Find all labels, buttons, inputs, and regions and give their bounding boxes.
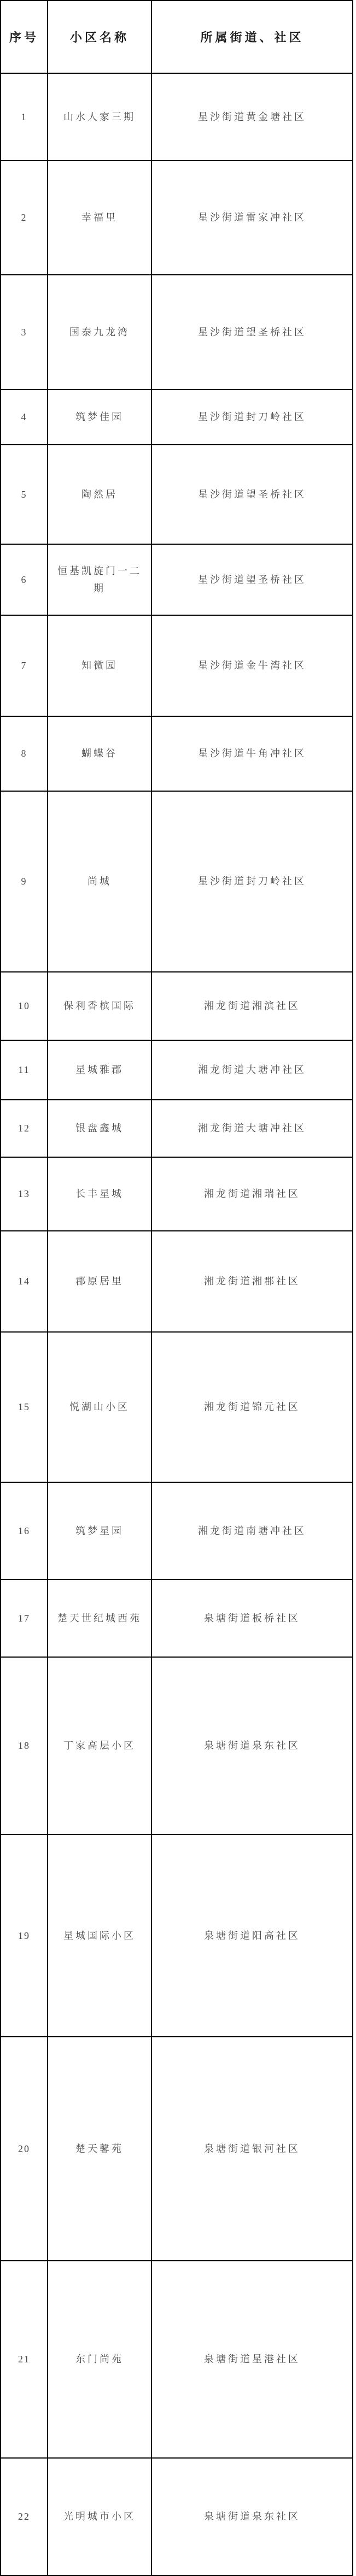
street-community-cell: 泉塘街道泉东社区 xyxy=(151,1657,353,1835)
row-number-cell: 21 xyxy=(1,2261,48,2458)
street-community-cell: 湘龙街道湘瑞社区 xyxy=(151,1157,353,1231)
table-row: 11星城雅郡湘龙街道大塘冲社区 xyxy=(1,1040,353,1100)
street-community-cell: 湘龙街道大塘冲社区 xyxy=(151,1100,353,1157)
header-col-street-community: 所属街道、社区 xyxy=(151,1,353,73)
community-name-cell: 幸福里 xyxy=(48,161,151,275)
header-row: 序号 小区名称 所属街道、社区 xyxy=(1,1,353,73)
row-number-cell: 6 xyxy=(1,544,48,615)
street-community-cell: 星沙街道封刀岭社区 xyxy=(151,791,353,972)
street-community-cell: 星沙街道望圣桥社区 xyxy=(151,544,353,615)
table-row: 14郡原居里湘龙街道湘郡社区 xyxy=(1,1231,353,1332)
row-number-cell: 15 xyxy=(1,1332,48,1482)
street-community-cell: 湘龙街道锦元社区 xyxy=(151,1332,353,1482)
street-community-cell: 湘龙街道湘郡社区 xyxy=(151,1231,353,1332)
table-row: 20楚天馨苑泉塘街道银河社区 xyxy=(1,2037,353,2261)
table-row: 22光明城市小区泉塘街道泉东社区 xyxy=(1,2458,353,2575)
row-number-cell: 9 xyxy=(1,791,48,972)
street-community-cell: 泉塘街道阳高社区 xyxy=(151,1835,353,2037)
row-number-cell: 19 xyxy=(1,1835,48,2037)
row-number-cell: 22 xyxy=(1,2458,48,2575)
street-community-cell: 星沙街道雷家冲社区 xyxy=(151,161,353,275)
table-row: 9尚城星沙街道封刀岭社区 xyxy=(1,791,353,972)
street-community-cell: 湘龙街道大塘冲社区 xyxy=(151,1040,353,1100)
row-number-cell: 17 xyxy=(1,1579,48,1657)
community-name-cell: 长丰星城 xyxy=(48,1157,151,1231)
row-number-cell: 2 xyxy=(1,161,48,275)
community-name-cell: 筑梦佳园 xyxy=(48,390,151,445)
table-body: 1山水人家三期星沙街道黄金塘社区2幸福里星沙街道雷家冲社区3国泰九龙湾星沙街道望… xyxy=(1,73,353,2575)
street-community-cell: 星沙街道牛角冲社区 xyxy=(151,716,353,791)
street-community-cell: 星沙街道金牛湾社区 xyxy=(151,615,353,716)
community-name-cell: 知微园 xyxy=(48,615,151,716)
community-name-cell: 保利香槟国际 xyxy=(48,972,151,1040)
table-row: 13长丰星城湘龙街道湘瑞社区 xyxy=(1,1157,353,1231)
row-number-cell: 20 xyxy=(1,2037,48,2261)
street-community-cell: 星沙街道封刀岭社区 xyxy=(151,390,353,445)
row-number-cell: 1 xyxy=(1,73,48,161)
community-name-cell: 楚天馨苑 xyxy=(48,2037,151,2261)
community-name-cell: 恒基凯旋门一二期 xyxy=(48,544,151,615)
community-name-cell: 国泰九龙湾 xyxy=(48,275,151,390)
row-number-cell: 8 xyxy=(1,716,48,791)
row-number-cell: 18 xyxy=(1,1657,48,1835)
table-row: 10保利香槟国际湘龙街道湘滨社区 xyxy=(1,972,353,1040)
community-name-cell: 尚城 xyxy=(48,791,151,972)
row-number-cell: 14 xyxy=(1,1231,48,1332)
community-name-cell: 银盘鑫城 xyxy=(48,1100,151,1157)
community-name-cell: 山水人家三期 xyxy=(48,73,151,161)
community-name-cell: 星城雅郡 xyxy=(48,1040,151,1100)
community-name-cell: 丁家高层小区 xyxy=(48,1657,151,1835)
street-community-cell: 星沙街道望圣桥社区 xyxy=(151,275,353,390)
table-row: 2幸福里星沙街道雷家冲社区 xyxy=(1,161,353,275)
table-row: 8蝴蝶谷星沙街道牛角冲社区 xyxy=(1,716,353,791)
street-community-cell: 星沙街道黄金塘社区 xyxy=(151,73,353,161)
table-row: 16筑梦星园湘龙街道南塘冲社区 xyxy=(1,1482,353,1579)
street-community-cell: 湘龙街道湘滨社区 xyxy=(151,972,353,1040)
street-community-cell: 星沙街道望圣桥社区 xyxy=(151,445,353,544)
row-number-cell: 12 xyxy=(1,1100,48,1157)
community-name-cell: 陶然居 xyxy=(48,445,151,544)
header-col-serial-number: 序号 xyxy=(1,1,48,73)
table-row: 3国泰九龙湾星沙街道望圣桥社区 xyxy=(1,275,353,390)
community-name-cell: 蝴蝶谷 xyxy=(48,716,151,791)
table-row: 6恒基凯旋门一二期星沙街道望圣桥社区 xyxy=(1,544,353,615)
table-row: 17楚天世纪城西苑泉塘街道板桥社区 xyxy=(1,1579,353,1657)
street-community-cell: 泉塘街道泉东社区 xyxy=(151,2458,353,2575)
street-community-cell: 泉塘街道银河社区 xyxy=(151,2037,353,2261)
table-row: 15悦湖山小区湘龙街道锦元社区 xyxy=(1,1332,353,1482)
row-number-cell: 16 xyxy=(1,1482,48,1579)
street-community-cell: 泉塘街道星港社区 xyxy=(151,2261,353,2458)
table-row: 7知微园星沙街道金牛湾社区 xyxy=(1,615,353,716)
table-row: 12银盘鑫城湘龙街道大塘冲社区 xyxy=(1,1100,353,1157)
table-row: 21东门尚苑泉塘街道星港社区 xyxy=(1,2261,353,2458)
row-number-cell: 11 xyxy=(1,1040,48,1100)
street-community-cell: 湘龙街道南塘冲社区 xyxy=(151,1482,353,1579)
community-name-cell: 东门尚苑 xyxy=(48,2261,151,2458)
street-community-cell: 泉塘街道板桥社区 xyxy=(151,1579,353,1657)
row-number-cell: 13 xyxy=(1,1157,48,1231)
table-row: 19星城国际小区泉塘街道阳高社区 xyxy=(1,1835,353,2037)
community-name-cell: 星城国际小区 xyxy=(48,1835,151,2037)
row-number-cell: 3 xyxy=(1,275,48,390)
row-number-cell: 5 xyxy=(1,445,48,544)
header-col-community-name: 小区名称 xyxy=(48,1,151,73)
row-number-cell: 10 xyxy=(1,972,48,1040)
community-table: 序号 小区名称 所属街道、社区 1山水人家三期星沙街道黄金塘社区2幸福里星沙街道… xyxy=(0,0,353,2576)
community-name-cell: 郡原居里 xyxy=(48,1231,151,1332)
table-row: 18丁家高层小区泉塘街道泉东社区 xyxy=(1,1657,353,1835)
community-name-cell: 楚天世纪城西苑 xyxy=(48,1579,151,1657)
row-number-cell: 7 xyxy=(1,615,48,716)
row-number-cell: 4 xyxy=(1,390,48,445)
community-name-cell: 筑梦星园 xyxy=(48,1482,151,1579)
community-name-cell: 光明城市小区 xyxy=(48,2458,151,2575)
table-row: 5陶然居星沙街道望圣桥社区 xyxy=(1,445,353,544)
table-row: 4筑梦佳园星沙街道封刀岭社区 xyxy=(1,390,353,445)
community-name-cell: 悦湖山小区 xyxy=(48,1332,151,1482)
table-row: 1山水人家三期星沙街道黄金塘社区 xyxy=(1,73,353,161)
